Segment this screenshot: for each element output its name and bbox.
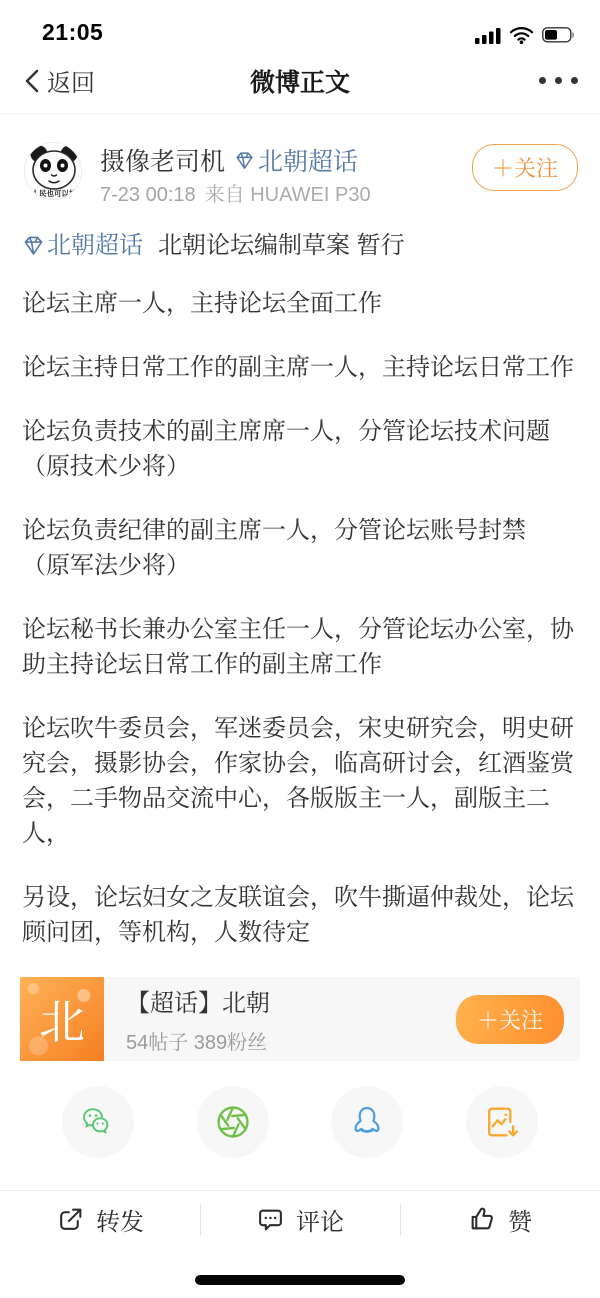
supertopic-label: 北朝超话 [47, 228, 143, 263]
nav-bar: 返回 微博正文 [0, 48, 600, 114]
save-image-icon [482, 1102, 522, 1142]
share-qq-button[interactable] [331, 1086, 403, 1158]
back-label: 返回 [47, 63, 95, 98]
save-image-button[interactable] [466, 1086, 538, 1158]
repost-button[interactable]: 转发 [0, 1191, 200, 1247]
post-meta: 7-23 00:18来自 HUAWEI P30 [100, 184, 371, 206]
status-bar: 21:05 [0, 0, 600, 48]
bottom-action-bar: 转发 评论 赞 [0, 1190, 600, 1247]
post-body: 论坛主席一人，主持论坛全面工作 论坛主持日常工作的副主席一人，主持论坛日常工作 … [0, 263, 600, 950]
wechat-icon [78, 1102, 118, 1142]
supertopic-link[interactable]: 北朝超话 [22, 228, 143, 263]
qq-icon [347, 1102, 387, 1142]
home-indicator-area [0, 1247, 600, 1298]
paragraph: 论坛负责技术的副主席席一人，分管论坛技术问题 （原技术少将） [22, 414, 578, 484]
repost-icon [56, 1205, 85, 1234]
supertopic-card-title: 【超话】北朝 [126, 983, 456, 1018]
wifi-icon [509, 26, 534, 44]
follow-user-button[interactable]: ＋关注 [472, 144, 578, 191]
cellular-signal-icon [475, 27, 501, 44]
more-options-button[interactable] [539, 71, 578, 90]
share-wechat-button[interactable] [62, 1086, 134, 1158]
username[interactable]: 摄像老司机 [100, 142, 225, 178]
badge-label: 北朝超话 [258, 142, 358, 178]
post-source: 来自 HUAWEI P30 [205, 184, 371, 206]
follow-topic-button[interactable]: ＋关注 [456, 995, 564, 1044]
comment-icon [256, 1205, 285, 1234]
wechat-moments-icon [213, 1102, 253, 1142]
user-block: 摄像老司机 北朝超话 7-23 00:18来自 HUAWEI P30 [100, 142, 472, 207]
page-title: 微博正文 [250, 63, 350, 99]
paragraph: 论坛负责纪律的副主席一人，分管论坛账号封禁 （原军法少将） [22, 513, 578, 583]
supertopic-card-stats: 54帖子 389粉丝 [126, 1026, 456, 1055]
like-button[interactable]: 赞 [400, 1191, 600, 1247]
status-time: 21:05 [42, 19, 103, 46]
user-supertopic-badge[interactable]: 北朝超话 [234, 142, 358, 178]
supertopic-card-icon: 北 [20, 977, 104, 1061]
comment-button[interactable]: 评论 [200, 1191, 400, 1247]
avatar[interactable]: 人民也可以护 [24, 142, 82, 200]
status-icons [475, 26, 576, 46]
supertopic-card-info: 【超话】北朝 54帖子 389粉丝 [126, 983, 456, 1055]
supertopic-card[interactable]: 北 【超话】北朝 54帖子 389粉丝 ＋关注 [20, 977, 580, 1061]
post-title-text: 北朝论坛编制草案 暂行 [158, 228, 405, 263]
battery-icon [542, 27, 576, 43]
like-icon [468, 1205, 497, 1234]
chevron-left-icon [22, 67, 44, 95]
back-button[interactable]: 返回 [22, 63, 95, 98]
avatar-caption: 人民也可以护 [32, 188, 77, 198]
comment-label: 评论 [296, 1202, 344, 1237]
post-header: 人民也可以护 摄像老司机 北朝超话 7-23 00:18来自 HUAWEI P3… [0, 114, 600, 207]
gem-icon [22, 234, 45, 257]
gem-icon [234, 150, 255, 171]
paragraph: 论坛吹牛委员会，军迷委员会，宋史研究会，明史研 究会，摄影协会，作家协会，临高研… [22, 711, 578, 851]
paragraph: 论坛主席一人，主持论坛全面工作 [22, 286, 578, 321]
paragraph: 论坛秘书长兼办公室主任一人，分管论坛办公室，协 助主持论坛日常工作的副主席工作 [22, 612, 578, 682]
paragraph: 另设，论坛妇女之友联谊会，吹牛撕逼仲裁处，论坛 顾问团，等机构，人数待定 [22, 880, 578, 950]
share-row [0, 1061, 600, 1158]
home-indicator[interactable] [195, 1275, 405, 1285]
repost-label: 转发 [96, 1202, 144, 1237]
post-title-line: 北朝超话 北朝论坛编制草案 暂行 [0, 228, 600, 263]
share-moments-button[interactable] [197, 1086, 269, 1158]
paragraph: 论坛主持日常工作的副主席一人，主持论坛日常工作 [22, 350, 578, 385]
post-time: 7-23 00:18 [100, 184, 196, 206]
like-label: 赞 [508, 1202, 532, 1237]
